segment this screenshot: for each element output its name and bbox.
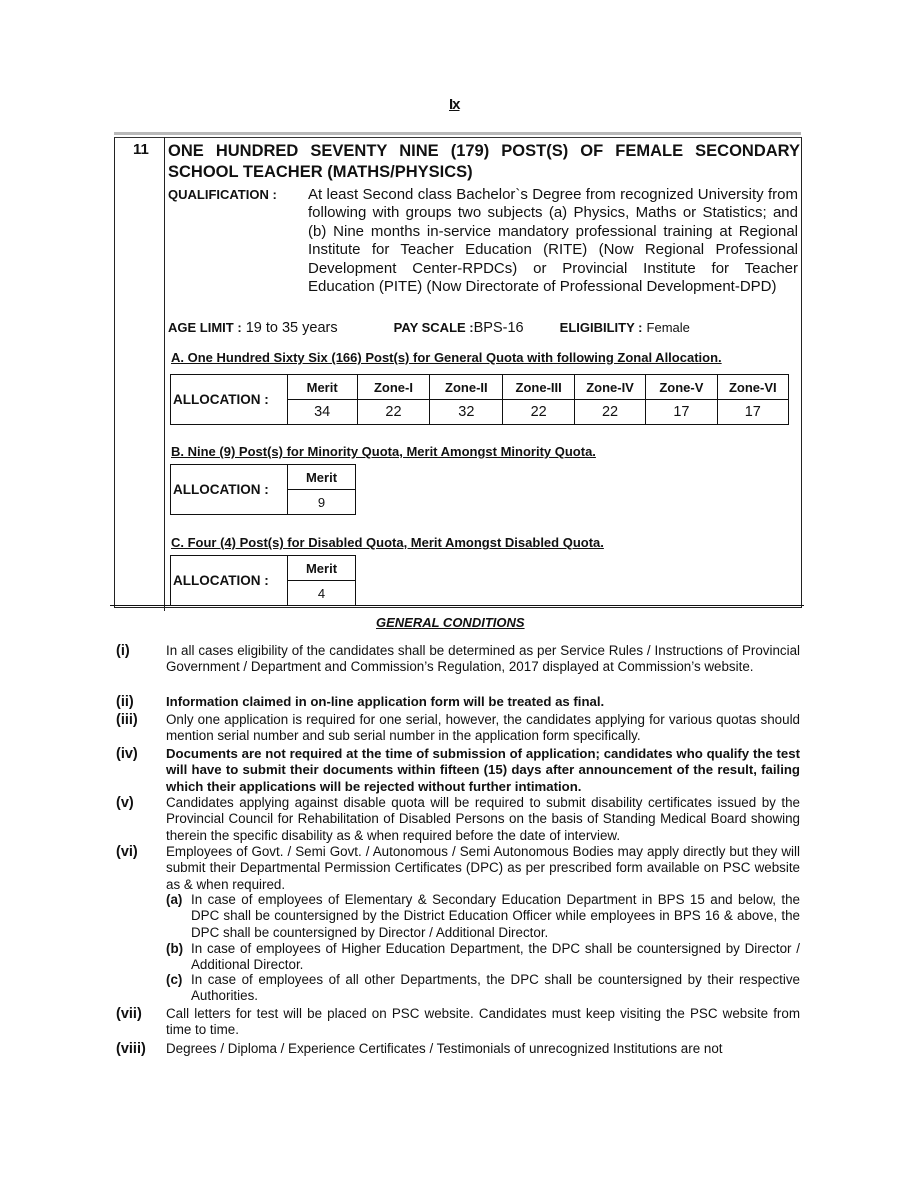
condition-item: (vi) Employees of Govt. / Semi Govt. / A… (116, 844, 806, 893)
condition-text: Employees of Govt. / Semi Govt. / Autono… (166, 844, 800, 893)
condition-text: Candidates applying against disable quot… (166, 795, 800, 844)
pay-scale-label: PAY SCALE : (394, 320, 474, 335)
condition-number: (i) (116, 643, 130, 659)
condition-text: Information claimed in on-line applicati… (166, 694, 800, 710)
allocation-label: ALLOCATION : (171, 556, 288, 606)
table-cell: 22 (357, 400, 429, 425)
qualification-label: QUALIFICATION : (168, 187, 277, 202)
condition-item: (iii) Only one application is required f… (116, 712, 806, 745)
column-header: Merit (288, 556, 356, 581)
condition-item: (vii) Call letters for test will be plac… (116, 1006, 806, 1039)
table-cell: 32 (430, 400, 503, 425)
eligibility-value: Female (647, 320, 690, 335)
table-cell: 17 (646, 400, 717, 425)
table-cell: 4 (288, 581, 356, 606)
table-cell: 9 (288, 490, 356, 515)
condition-number: (v) (116, 795, 134, 811)
section-a-allocation-table: ALLOCATION : Merit Zone-I Zone-II Zone-I… (170, 374, 789, 425)
condition-item: (i) In all cases eligibility of the cand… (116, 643, 806, 676)
sub-condition-letter: (b) (166, 941, 183, 957)
table-cell: 22 (574, 400, 645, 425)
condition-number: (vii) (116, 1006, 142, 1022)
condition-text: Call letters for test will be placed on … (166, 1006, 800, 1039)
condition-item: (viii) Degrees / Diploma / Experience Ce… (116, 1041, 806, 1057)
section-c-allocation-table: ALLOCATION : Merit 4 (170, 555, 356, 606)
general-conditions-title: GENERAL CONDITIONS (376, 615, 525, 630)
post-title: ONE HUNDRED SEVENTY NINE (179) POST(S) O… (168, 141, 800, 183)
age-limit-label: AGE LIMIT : (168, 320, 242, 335)
allocation-label: ALLOCATION : (171, 465, 288, 515)
allocation-label: ALLOCATION : (171, 375, 288, 425)
sub-condition-text: In case of employees of all other Depart… (191, 972, 800, 1005)
eligibility-label: ELIGIBILITY : (560, 320, 643, 335)
serial-column-divider (164, 137, 165, 611)
column-header: Zone-III (503, 375, 574, 400)
column-header: Merit (287, 375, 357, 400)
table-top-border (114, 132, 801, 135)
pay-scale-value: BPS-16 (474, 320, 524, 336)
condition-item: (v) Candidates applying against disable … (116, 795, 806, 844)
age-limit-value: 19 to 35 years (246, 320, 338, 336)
condition-text: Documents are not required at the time o… (166, 746, 800, 795)
condition-number: (iv) (116, 746, 138, 762)
post-info-row: AGE LIMIT : 19 to 35 years PAY SCALE :BP… (168, 320, 690, 336)
sub-condition-letter: (a) (166, 892, 182, 908)
sub-condition-item: (b) In case of employees of Higher Educa… (166, 941, 800, 974)
sub-condition-text: In case of employees of Higher Education… (191, 941, 800, 974)
section-b-allocation-table: ALLOCATION : Merit 9 (170, 464, 356, 515)
condition-number: (iii) (116, 712, 138, 728)
condition-number: (vi) (116, 844, 138, 860)
condition-text: Only one application is required for one… (166, 712, 800, 745)
post-serial-number: 11 (133, 141, 149, 158)
qualification-text: At least Second class Bachelor`s Degree … (308, 186, 798, 296)
condition-number: (ii) (116, 694, 134, 710)
section-b-heading: B. Nine (9) Post(s) for Minority Quota, … (171, 444, 596, 459)
condition-number: (viii) (116, 1041, 146, 1057)
column-header: Zone-IV (574, 375, 645, 400)
condition-text: Degrees / Diploma / Experience Certifica… (166, 1041, 800, 1057)
column-header: Merit (288, 465, 356, 490)
sub-condition-text: In case of employees of Elementary & Sec… (191, 892, 800, 941)
sub-condition-item: (c) In case of employees of all other De… (166, 972, 800, 1005)
table-cell: 17 (717, 400, 788, 425)
sub-condition-item: (a) In case of employees of Elementary &… (166, 892, 800, 941)
column-header: Zone-I (357, 375, 429, 400)
section-a-heading: A. One Hundred Sixty Six (166) Post(s) f… (171, 350, 722, 365)
sub-condition-letter: (c) (166, 972, 182, 988)
condition-item: (iv) Documents are not required at the t… (116, 746, 806, 795)
condition-item: (ii) Information claimed in on-line appl… (116, 694, 806, 710)
condition-text: In all cases eligibility of the candidat… (166, 643, 800, 676)
post-title-line-1: ONE HUNDRED SEVENTY NINE (179) POST(S) O… (168, 141, 800, 162)
post-title-line-2: SCHOOL TEACHER (MATHS/PHYSICS) (168, 163, 473, 181)
page-number: Ix (449, 96, 460, 113)
table-cell: 22 (503, 400, 574, 425)
column-header: Zone-VI (717, 375, 788, 400)
column-header: Zone-V (646, 375, 717, 400)
column-header: Zone-II (430, 375, 503, 400)
section-c-heading: C. Four (4) Post(s) for Disabled Quota, … (171, 535, 604, 550)
table-cell: 34 (287, 400, 357, 425)
